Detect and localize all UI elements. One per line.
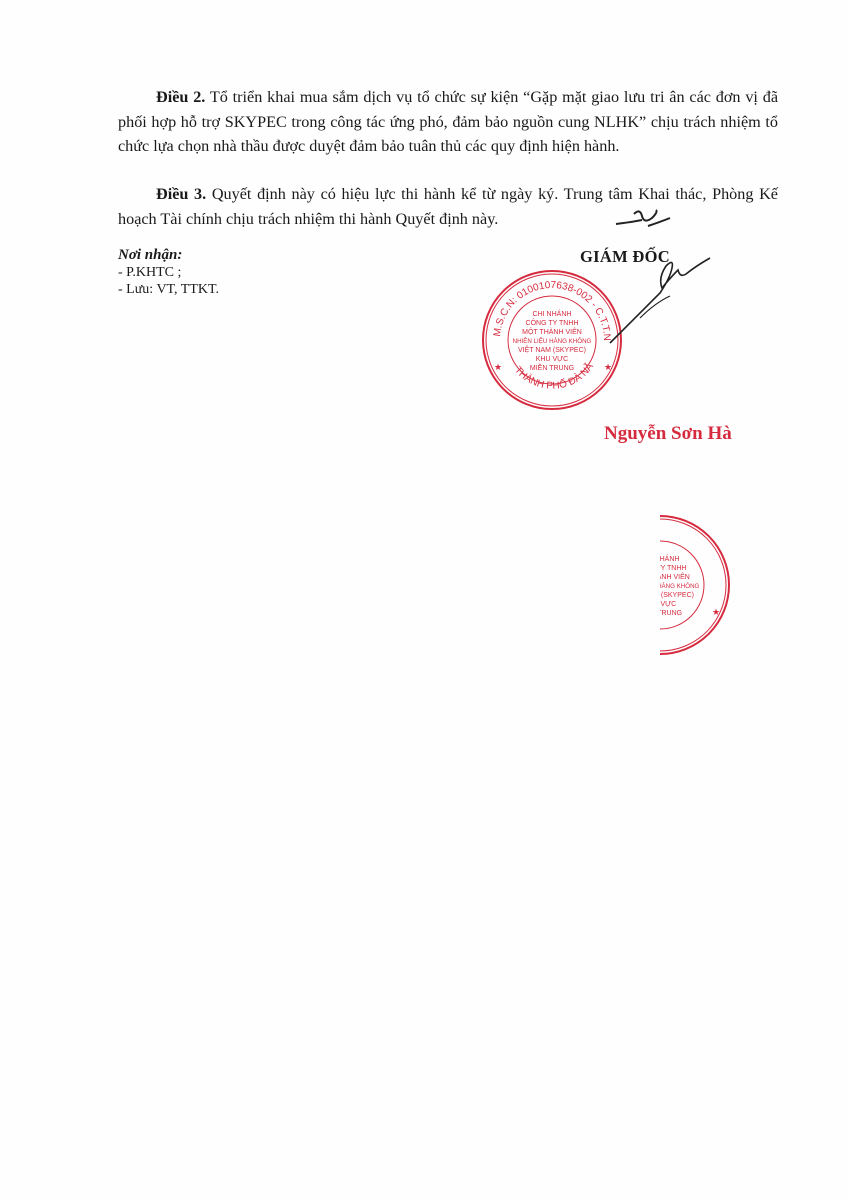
signature-icon (600, 248, 720, 348)
svg-text:VIỆT NAM (SKYPEC): VIỆT NAM (SKYPEC) (518, 345, 586, 354)
svg-text:VIỆT NAM (SKYPEC): VIỆT NAM (SKYPEC) (660, 590, 694, 599)
svg-text:NHIÊN LIỆU HÀNG KHÔNG: NHIÊN LIỆU HÀNG KHÔNG (513, 337, 592, 345)
svg-text:★: ★ (712, 607, 720, 617)
recipient-item: - P.KHTC ; (118, 264, 219, 281)
signer-name: Nguyễn Sơn Hà (604, 423, 732, 445)
article-2-label: Điều 2. (156, 88, 205, 106)
document-page: Điều 2. Tổ triển khai mua sắm dịch vụ tổ… (0, 0, 849, 1200)
partial-stamp-icon: CHI NHÁNH CÔNG TY TNHH MỘT THÀNH VIÊN NH… (660, 513, 733, 658)
initial-mark-icon (612, 204, 672, 232)
svg-text:MIỀN TRUNG: MIỀN TRUNG (660, 607, 682, 617)
svg-text:NHIÊN LIỆU HÀNG KHÔNG: NHIÊN LIỆU HÀNG KHÔNG (660, 582, 700, 590)
partial-stamp-right-edge: CHI NHÁNH CÔNG TY TNHH MỘT THÀNH VIÊN NH… (660, 505, 805, 665)
svg-text:★: ★ (604, 362, 612, 372)
svg-text:CHI NHÁNH: CHI NHÁNH (533, 309, 572, 318)
svg-text:CÔNG TY TNHH: CÔNG TY TNHH (660, 563, 686, 572)
svg-text:MIỀN TRUNG: MIỀN TRUNG (530, 362, 574, 372)
article-3-label: Điều 3. (156, 185, 206, 203)
svg-text:KHU VỰC: KHU VỰC (660, 601, 676, 608)
article-2: Điều 2. Tổ triển khai mua sắm dịch vụ tổ… (118, 85, 778, 159)
svg-text:CÔNG TY TNHH: CÔNG TY TNHH (526, 318, 579, 327)
svg-text:★: ★ (494, 362, 502, 372)
svg-text:CHI NHÁNH: CHI NHÁNH (660, 554, 679, 563)
svg-text:MỘT THÀNH VIÊN: MỘT THÀNH VIÊN (522, 327, 582, 336)
svg-text:MỘT THÀNH VIÊN: MỘT THÀNH VIÊN (660, 572, 690, 581)
recipient-item: - Lưu: VT, TTKT. (118, 281, 219, 298)
article-2-text: Tổ triển khai mua sắm dịch vụ tổ chức sự… (118, 88, 778, 155)
article-3-text: Quyết định này có hiệu lực thi hành kể t… (118, 185, 778, 228)
recipients-title: Nơi nhận: (118, 247, 219, 264)
recipients-block: Nơi nhận: - P.KHTC ; - Lưu: VT, TTKT. (118, 247, 219, 298)
article-3: Điều 3. Quyết định này có hiệu lực thi h… (118, 182, 778, 231)
svg-text:KHU VỰC: KHU VỰC (536, 356, 568, 363)
